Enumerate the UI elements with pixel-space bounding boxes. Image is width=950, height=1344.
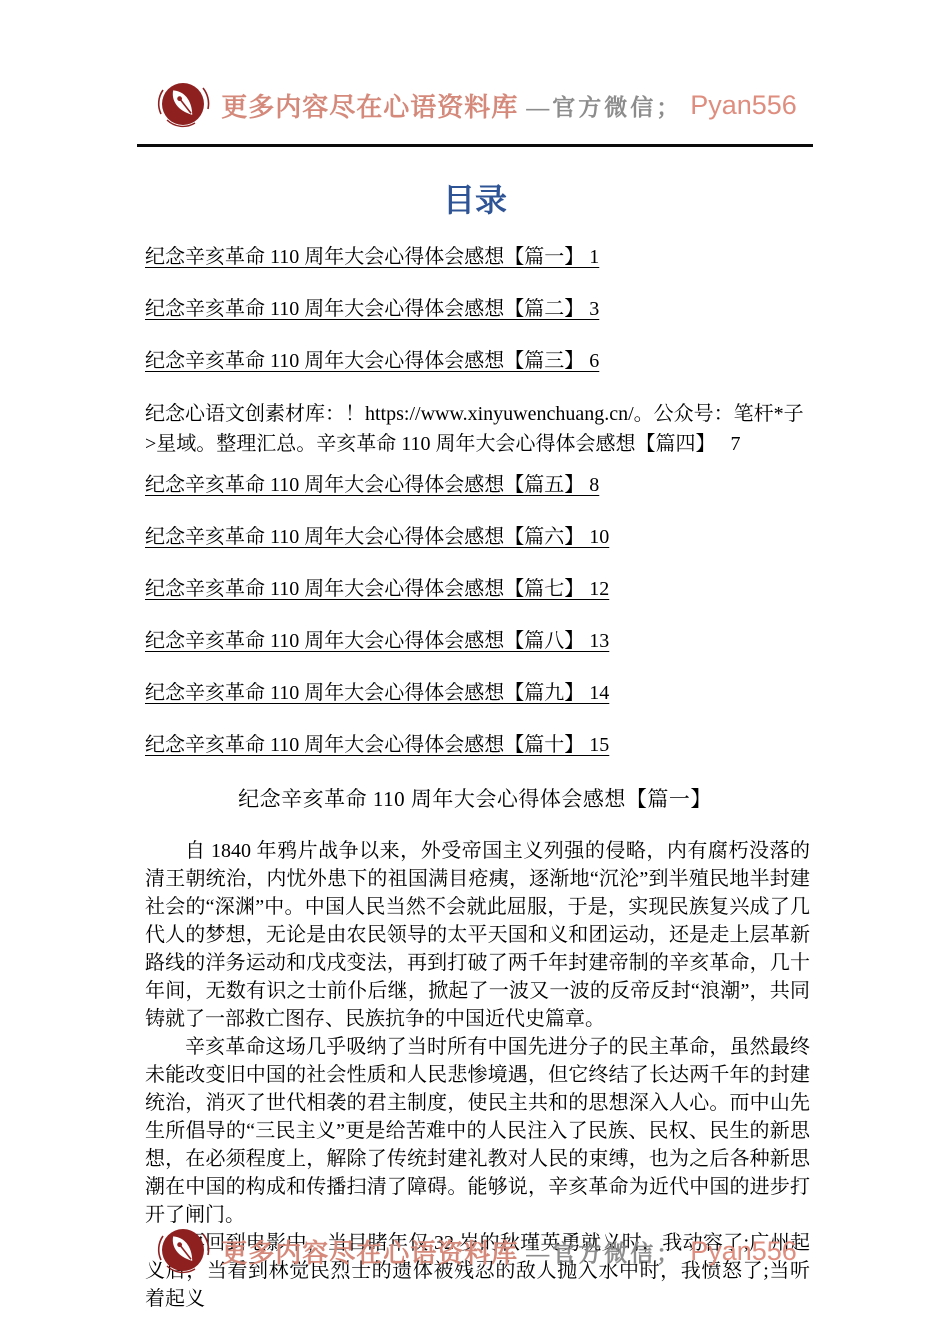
- toc-entry-link[interactable]: 纪念辛亥革命 110 周年大会心得体会感想【篇二】 3: [145, 295, 810, 323]
- page-header: 更多内容尽在心语资料库 —官方微信； Pyan556: [0, 0, 950, 136]
- pen-logo-icon: [153, 1220, 213, 1282]
- toc-title: 目录: [0, 175, 950, 221]
- toc-list: 纪念辛亥革命 110 周年大会心得体会感想【篇一】 1纪念辛亥革命 110 周年…: [145, 243, 810, 759]
- toc-entry-link[interactable]: 纪念辛亥革命 110 周年大会心得体会感想【篇五】 8: [145, 471, 810, 499]
- toc-entry-link[interactable]: 纪念辛亥革命 110 周年大会心得体会感想【篇十】 15: [145, 731, 810, 759]
- toc-entry-link[interactable]: 纪念辛亥革命 110 周年大会心得体会感想【篇三】 6: [145, 347, 810, 375]
- toc-entry-link[interactable]: 纪念辛亥革命 110 周年大会心得体会感想【篇七】 12: [145, 575, 810, 603]
- wechat-id: Pyan556: [690, 1236, 797, 1267]
- article-paragraph: 辛亥革命这场几乎吸纳了当时所有中国先进分子的民主革命，虽然最终未能改变旧中国的社…: [145, 1033, 810, 1229]
- brand-text: 更多内容尽在心语资料库: [221, 87, 518, 124]
- wechat-id: Pyan556: [690, 90, 797, 121]
- toc-entry-link[interactable]: 纪念辛亥革命 110 周年大会心得体会感想【篇九】 14: [145, 679, 810, 707]
- pen-logo-icon: [153, 74, 213, 136]
- toc-entry-link[interactable]: 纪念辛亥革命 110 周年大会心得体会感想【篇一】 1: [145, 243, 810, 271]
- header-divider: [137, 144, 813, 147]
- toc-entry-link[interactable]: 纪念辛亥革命 110 周年大会心得体会感想【篇八】 13: [145, 627, 810, 655]
- document-page: 更多内容尽在心语资料库 —官方微信； Pyan556 目录 纪念辛亥革命 110…: [0, 0, 950, 1344]
- wechat-label: —官方微信；: [526, 1235, 682, 1268]
- wechat-label: —官方微信；: [526, 89, 682, 122]
- page-footer: 更多内容尽在心语资料库 —官方微信； Pyan556: [0, 1220, 950, 1282]
- brand-text: 更多内容尽在心语资料库: [221, 1233, 518, 1270]
- toc-entry-plain: 纪念心语文创素材库：！https://www.xinyuwenchuang.cn…: [145, 399, 810, 459]
- toc-entry-link[interactable]: 纪念辛亥革命 110 周年大会心得体会感想【篇六】 10: [145, 523, 810, 551]
- article-paragraph: 自 1840 年鸦片战争以来，外受帝国主义列强的侵略，内有腐朽没落的清王朝统治，…: [145, 837, 810, 1033]
- article-heading: 纪念辛亥革命 110 周年大会心得体会感想【篇一】: [145, 783, 805, 813]
